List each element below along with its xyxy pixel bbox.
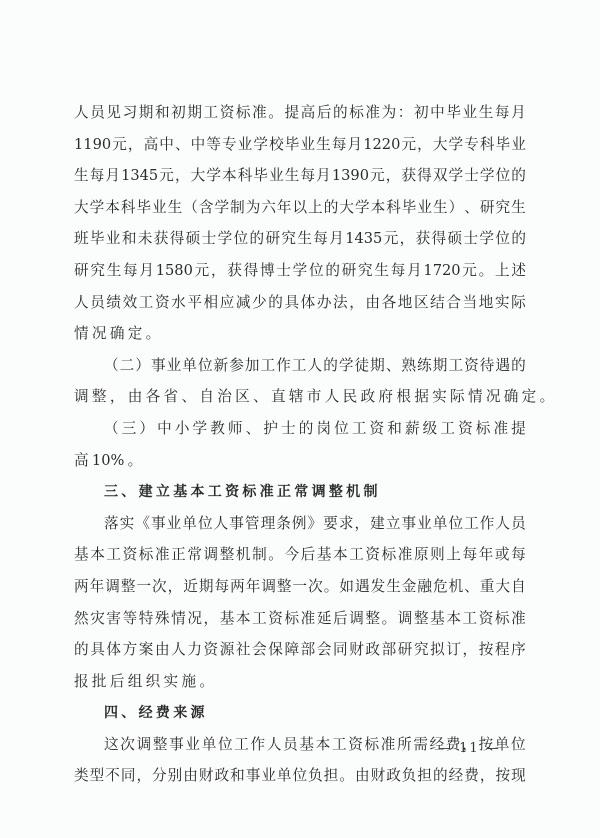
text-line: 两年调整一次，近期每两年调整一次。如遇发生金融危机、重大自 bbox=[74, 573, 526, 605]
text-line: （二）事业单位新参加工作工人的学徒期、熟练期工资待遇的 bbox=[74, 352, 526, 384]
text-line: 基本工资标准正常调整机制。今后基本工资标准原则上每年或每 bbox=[74, 541, 526, 573]
text-line: 1190元，高中、中等专业学校毕业生每月1220元，大学专科毕业 bbox=[74, 131, 526, 163]
document-page: 人员见习期和初期工资标准。提高后的标准为：初中毕业生每月1190元，高中、中等专… bbox=[0, 0, 600, 838]
text-line: 人员见习期和初期工资标准。提高后的标准为：初中毕业生每月 bbox=[74, 99, 526, 131]
section-heading: 三、建立基本工资标准正常调整机制 bbox=[74, 478, 526, 510]
document-body: 人员见习期和初期工资标准。提高后的标准为：初中毕业生每月1190元，高中、中等专… bbox=[74, 99, 526, 794]
page-number: — 11 — bbox=[438, 741, 501, 756]
text-line: 研究生每月1580元，获得博士学位的研究生每月1720元。上述 bbox=[74, 257, 526, 289]
text-line: 的具体方案由人力资源社会保障部会同财政部研究拟订，按程序 bbox=[74, 636, 526, 668]
text-line: 报批后组织实施。 bbox=[74, 668, 526, 700]
text-line: 大学本科毕业生（含学制为六年以上的大学本科毕业生）、研究生 bbox=[74, 194, 526, 226]
text-line: （三）中小学教师、护士的岗位工资和薪级工资标准提 bbox=[74, 415, 526, 447]
text-line: 调整，由各省、自治区、直辖市人民政府根据实际情况确定。 bbox=[74, 383, 526, 415]
text-line: 情况确定。 bbox=[74, 320, 526, 352]
text-line: 高10%。 bbox=[74, 447, 526, 479]
text-line: 班毕业和未获得硕士学位的研究生每月1435元，获得硕士学位的 bbox=[74, 225, 526, 257]
text-line: 生每月1345元，大学本科毕业生每月1390元，获得双学士学位的 bbox=[74, 162, 526, 194]
text-line: 落实《事业单位人事管理条例》要求，建立事业单位工作人员 bbox=[74, 510, 526, 542]
section-heading: 四、经费来源 bbox=[74, 699, 526, 731]
text-line: 人员绩效工资水平相应减少的具体办法，由各地区结合当地实际 bbox=[74, 289, 526, 321]
text-line: 类型不同，分别由财政和事业单位负担。由财政负担的经费，按现 bbox=[74, 762, 526, 794]
text-line: 然灾害等特殊情况，基本工资标准延后调整。调整基本工资标准 bbox=[74, 605, 526, 637]
